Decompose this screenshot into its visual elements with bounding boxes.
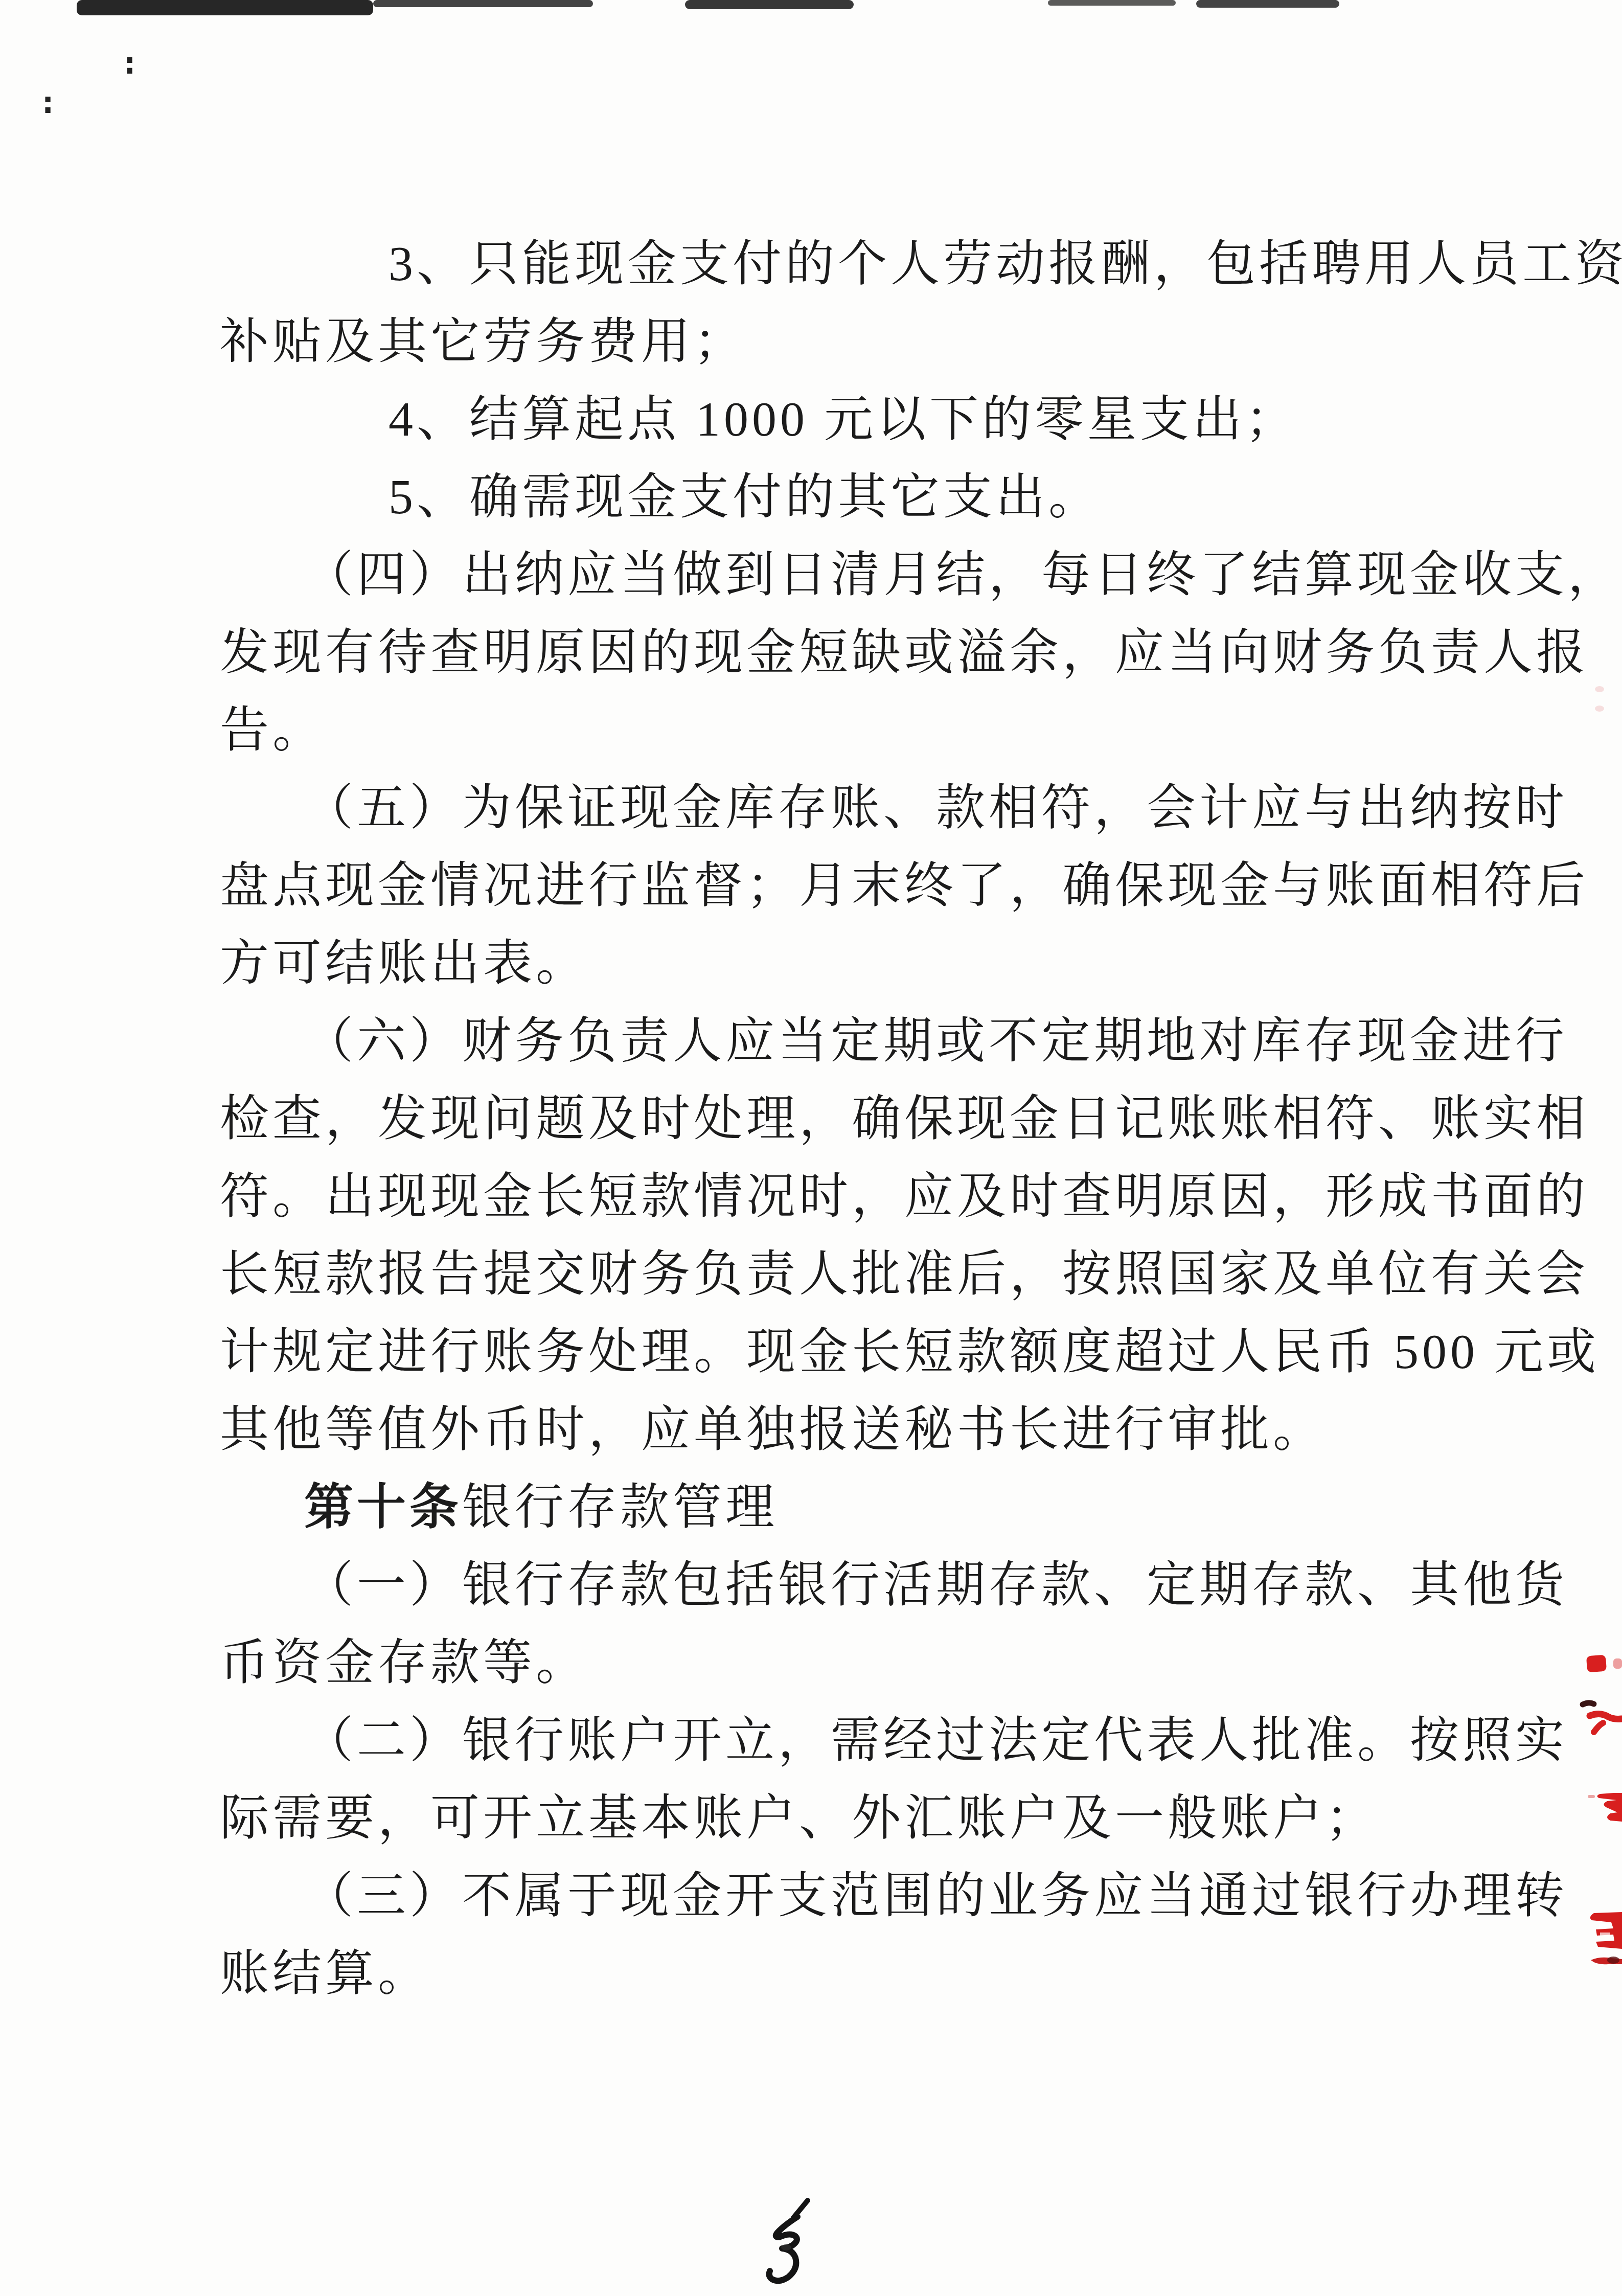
red-prong-mark [1584,1792,1622,1825]
text-run: 检查，发现问题及时处理，确保现金日记账账相符、账实相 [220,1079,1589,1149]
text-run: 计规定进行账务处理。现金长短款额度超过人民币 500 元或 [220,1312,1600,1382]
scan-noise-colon: : [42,88,54,118]
document-text-line: （一）银行存款包括银行活期存款、定期存款、其他货 [220,1541,1488,1619]
document-text-line: 检查，发现问题及时处理，确保现金日记账账相符、账实相 [220,1075,1488,1153]
handwritten-page-number: 3 [750,2194,827,2291]
document-text-line: （二）银行账户开立，需经过法定代表人批准。按照实 [220,1697,1488,1775]
document-text-line: 第十条 银行存款管理 [220,1464,1488,1541]
document-text-line: 告。 [220,687,1488,764]
document-text-line: （三）不属于现金开支范围的业务应当通过银行办理转 [220,1852,1488,1930]
document-text-line: （六）财务负责人应当定期或不定期地对库存现金进行 [220,997,1488,1075]
document-text-line: 账结算。 [220,1930,1488,2008]
scan-smudge [77,0,373,15]
text-run: 账结算。 [220,1934,430,2004]
text-run: 方可结账出表。 [220,924,588,994]
document-text-line: 际需要，可开立基本账户、外汇账户及一般账户； [220,1775,1488,1852]
document-text-line: 4、结算起点 1000 元以下的零星支出； [220,376,1488,453]
document-text-line: 盘点现金情况进行监督；月末终了，确保现金与账面相符后 [220,842,1488,920]
text-run: 币资金存款等。 [220,1623,588,1693]
document-text-line: 长短款报告提交财务负责人批准后，按照国家及单位有关会 [220,1231,1488,1308]
scan-speck [1595,706,1604,712]
scanned-document-page: : : 3、只能现金支付的个人劳动报酬，包括聘用人员工资、 补贴及其它劳务费用；… [0,0,1622,2296]
text-run: （三）不属于现金开支范围的业务应当通过银行办理转 [304,1856,1568,1926]
text-run: 告。 [220,691,325,761]
document-text-line: 其他等值外币时，应单独报送秘书长进行审批。 [220,1386,1488,1464]
bold-heading-run: 第十条 [304,1468,462,1538]
text-run: 符。出现现金长短款情况时，应及时查明原因，形成书面的 [220,1157,1589,1227]
scan-noise-colon: : [124,49,135,78]
text-run: 其他等值外币时，应单独报送秘书长进行审批。 [220,1390,1326,1460]
text-run: 4、结算起点 1000 元以下的零星支出； [389,380,1298,450]
red-character-fragment-mark [1584,1912,1622,1951]
red-check-mark [1579,1697,1622,1738]
text-run: （六）财务负责人应当定期或不定期地对库存现金进行 [304,1002,1568,1072]
scan-smudge [1196,0,1339,8]
text-run: （一）银行存款包括银行活期存款、定期存款、其他货 [304,1545,1568,1616]
document-text-line: 计规定进行账务处理。现金长短款额度超过人民币 500 元或 [220,1308,1488,1386]
document-text-line: 方可结账出表。 [220,920,1488,997]
red-dash-mark [1588,1952,1622,1970]
document-text-line: 5、确需现金支付的其它支出。 [220,453,1488,531]
text-run: （四）出纳应当做到日清月结，每日终了结算现金收支， [304,535,1620,605]
text-run: 3、只能现金支付的个人劳动报酬，包括聘用人员工资、 [389,224,1622,294]
text-run: 发现有待查明原因的现金短缺或溢余，应当向财务负责人报 [220,613,1589,683]
scan-smudge [685,0,854,9]
document-text-line: 符。出现现金长短款情况时，应及时查明原因，形成书面的 [220,1153,1488,1231]
scan-speck [1595,686,1604,692]
red-square-mark [1585,1653,1622,1678]
text-run: （五）为保证现金库存账、款相符，会计应与出纳按时 [304,768,1568,838]
scan-smudge [373,0,593,7]
document-text-block: 3、只能现金支付的个人劳动报酬，包括聘用人员工资、 补贴及其它劳务费用； 4、结… [220,220,1488,2008]
document-text-line: 补贴及其它劳务费用； [220,298,1488,376]
text-run: 长短款报告提交财务负责人批准后，按照国家及单位有关会 [220,1235,1589,1305]
scan-smudge [1048,0,1176,6]
text-run: 际需要，可开立基本账户、外汇账户及一般账户； [220,1779,1378,1849]
text-run: 盘点现金情况进行监督；月末终了，确保现金与账面相符后 [220,846,1589,916]
document-text-line: （四）出纳应当做到日清月结，每日终了结算现金收支， [220,531,1488,609]
document-text-line: 3、只能现金支付的个人劳动报酬，包括聘用人员工资、 [220,220,1488,298]
text-run: 补贴及其它劳务费用； [220,302,746,372]
text-run: 银行存款管理 [462,1468,778,1538]
document-text-line: 发现有待查明原因的现金短缺或溢余，应当向财务负责人报 [220,609,1488,687]
text-run: 5、确需现金支付的其它支出。 [389,458,1101,528]
document-text-line: （五）为保证现金库存账、款相符，会计应与出纳按时 [220,764,1488,842]
document-text-line: 币资金存款等。 [220,1619,1488,1697]
text-run: （二）银行账户开立，需经过法定代表人批准。按照实 [304,1701,1568,1771]
